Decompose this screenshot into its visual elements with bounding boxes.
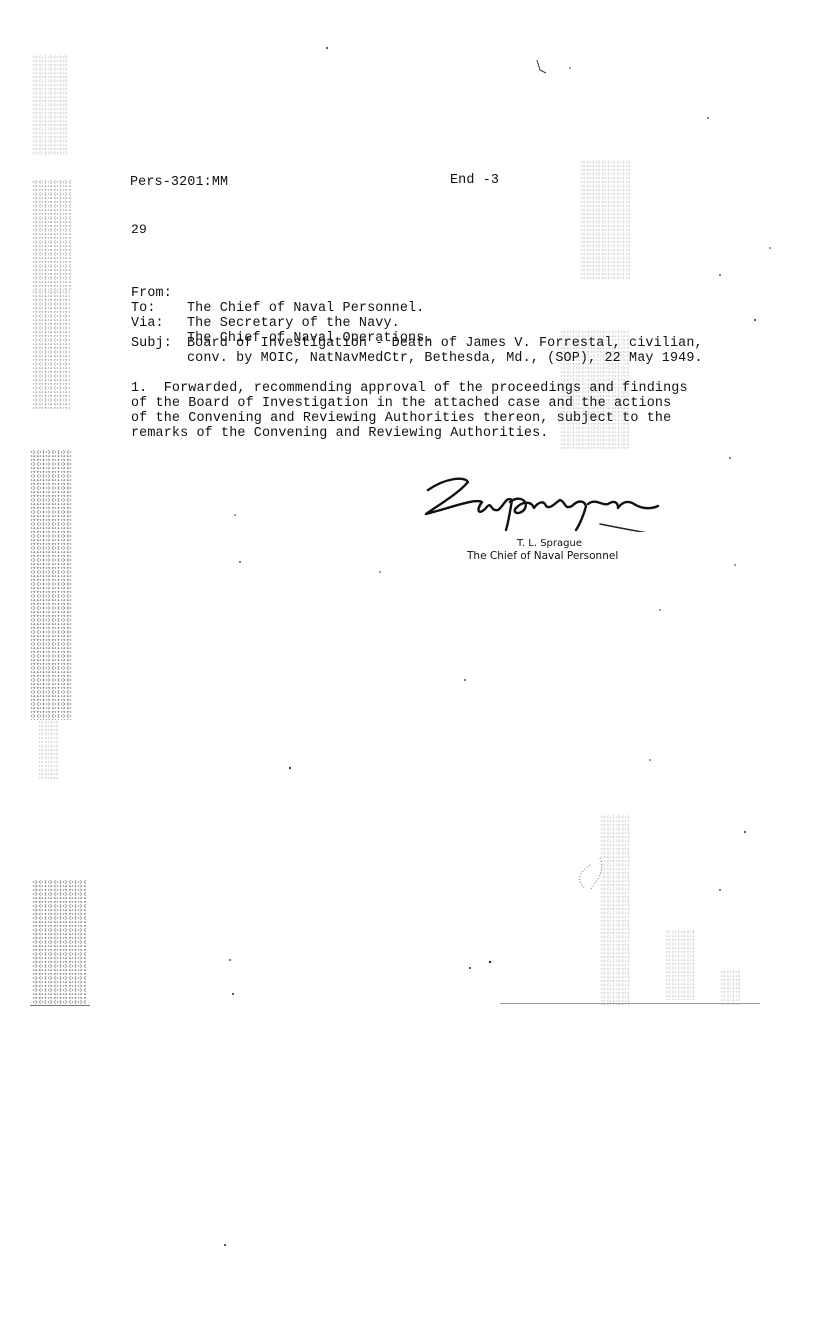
routing-to-value: The Secretary of the Navy. xyxy=(187,316,400,331)
scan-noise-lower-left xyxy=(38,720,58,780)
scan-line-bottom-left xyxy=(30,1005,90,1006)
scan-noise-mid-left xyxy=(32,290,70,410)
date-stamp: 29 xyxy=(131,222,147,237)
body-line-1: 1. Forwarded, recommending approval of t… xyxy=(131,381,688,396)
scan-specks xyxy=(0,0,815,1344)
scan-noise-right-lower-2 xyxy=(665,930,695,1000)
subject-line-2: conv. by MOIC, NatNavMedCtr, Bethesda, M… xyxy=(187,351,703,366)
routing-from: From: The Chief of Naval Personnel. xyxy=(131,271,631,286)
signatory-title: The Chief of Naval Personnel xyxy=(467,550,618,562)
scan-noise-bottom-left xyxy=(32,880,87,1005)
handwritten-signature xyxy=(420,472,700,532)
routing-via: Via: The Chief of Naval Operations. xyxy=(131,301,631,316)
routing-via-label: Via: xyxy=(131,316,164,331)
scan-noise-band-left xyxy=(30,450,72,720)
subject-label: Subj: xyxy=(131,336,172,351)
enclosure-label: End -3 xyxy=(450,173,499,188)
scan-line-bottom xyxy=(500,1003,760,1004)
scan-noise-top-left xyxy=(32,55,68,155)
scan-noise-right-upper xyxy=(580,160,630,280)
signatory-name: T. L. Sprague xyxy=(517,538,582,550)
scan-noise-right-lower xyxy=(600,815,630,1005)
scan-noise-upper-left xyxy=(32,180,72,290)
file-reference: Pers-3201:MM xyxy=(130,175,228,190)
body-line-4: remarks of the Convening and Reviewing A… xyxy=(131,426,548,441)
body-line-2: of the Board of Investigation in the att… xyxy=(131,396,671,411)
document-page: Pers-3201:MM End -3 29 From: The Chief o… xyxy=(0,0,815,1344)
subject-line-1: Board of Investigation - Death of James … xyxy=(187,336,703,351)
routing-to: To: The Secretary of the Navy. xyxy=(131,286,631,301)
body-line-3: of the Convening and Reviewing Authoriti… xyxy=(131,411,671,426)
scan-noise-right-lower-3 xyxy=(720,970,740,1005)
